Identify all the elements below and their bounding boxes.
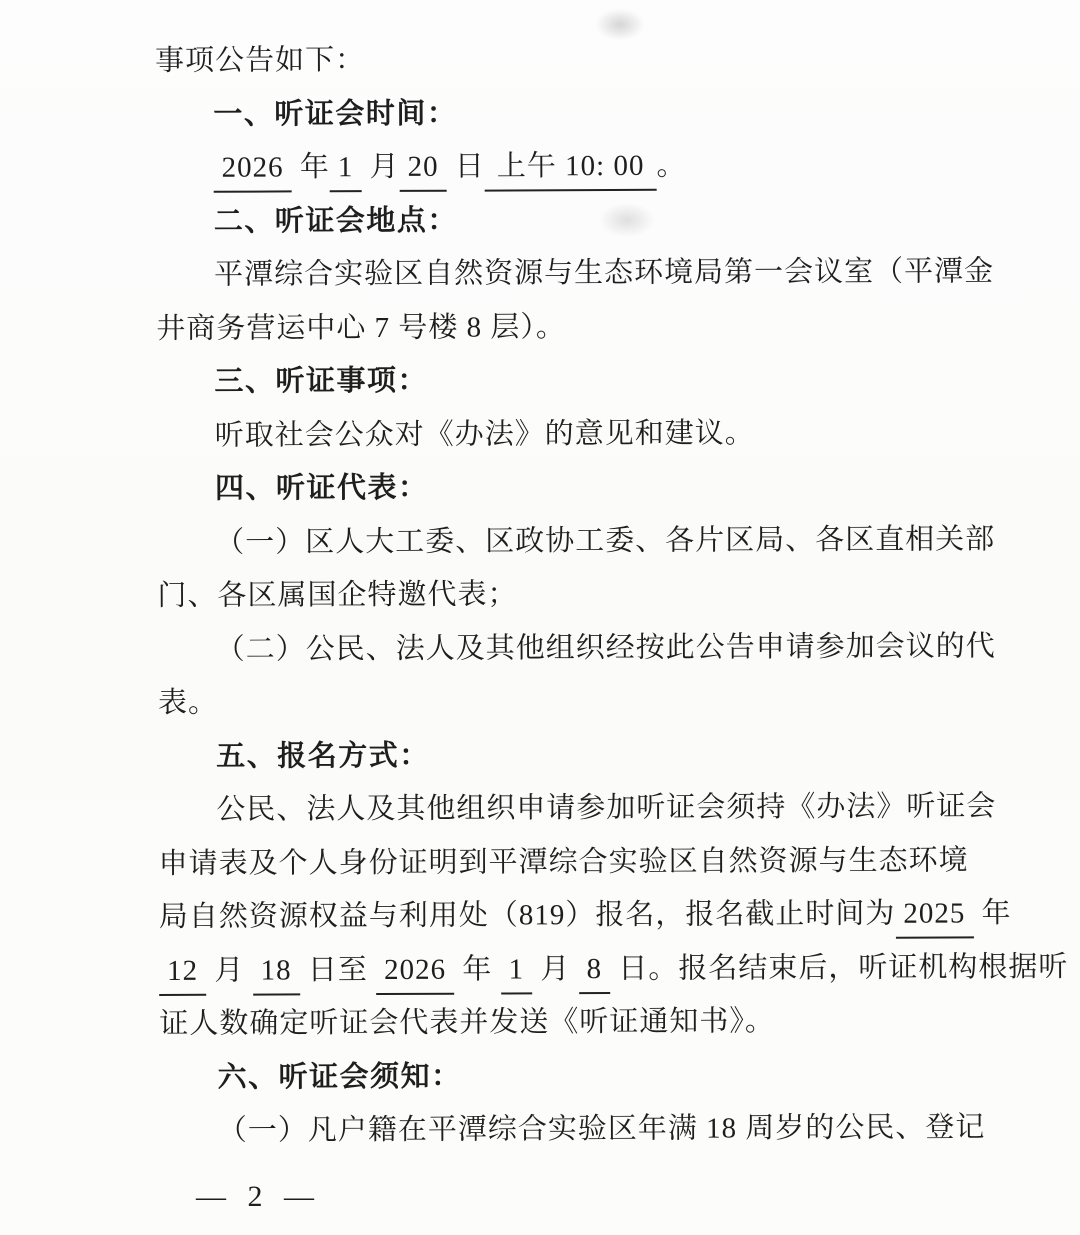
intro-line: 事项公告如下： [155, 31, 975, 88]
underlined-fill-in-value: 18 [252, 947, 299, 995]
text-run: 井商务营运中心 7 号楼 8 层）。 [156, 311, 566, 345]
section-4-heading: 四、听证代表： [157, 459, 977, 516]
representatives-line-3: （二）公民、法人及其他组织经按此公告申请参加会议的代 [158, 620, 978, 677]
registration-line-5: 证人数确定听证会代表并发送《听证通知书》。 [159, 994, 979, 1051]
underlined-fill-in-value: 20 [400, 144, 447, 192]
text-run: 平潭综合实验区自然资源与生态环境局第一会议室（平潭金 [214, 255, 994, 290]
hearing-matter-line: 听取社会公众对《办法》的意见和建议。 [157, 406, 977, 463]
text-run: 申请表及个人身份证明到平潭综合实验区自然资源与生态环境 [159, 844, 969, 880]
text-run: （一）凡户籍在平潭综合实验区年满 18 周岁的公民、登记 [218, 1111, 986, 1146]
text-run: 年 [454, 953, 501, 985]
registration-line-1: 公民、法人及其他组织申请参加听证会须持《办法》听证会 [158, 780, 978, 837]
underlined-fill-in-value: 1 [501, 946, 533, 994]
venue-line-2: 井商务营运中心 7 号楼 8 层）。 [156, 299, 976, 356]
document-page: 事项公告如下： 一、听证会时间： 2026 年1 月20 日上午 10: 00。… [0, 0, 1080, 1235]
section-3-heading: 三、听证事项： [156, 352, 976, 409]
text-run: 局自然资源权益与利用处（819）报名，报名截止时间为 [159, 898, 896, 933]
representatives-line-4: 表。 [158, 673, 978, 730]
representatives-line-2: 门、各区属国企特邀代表； [157, 566, 977, 623]
notice-line-1: （一）凡户籍在平潭综合实验区年满 18 周岁的公民、登记 [160, 1101, 980, 1158]
underlined-fill-in-value: 1 [330, 144, 362, 192]
registration-line-2: 申请表及个人身份证明到平潭综合实验区自然资源与生态环境 [159, 834, 979, 891]
text-run: 证人数确定听证会代表并发送《听证通知书》。 [159, 1005, 775, 1040]
text-run: （一）区人大工委、区政协工委、各片区局、各区直相关部 [215, 523, 995, 558]
text-run: 公民、法人及其他组织申请参加听证会须持《办法》听证会 [216, 790, 996, 825]
text-run: 日至 [300, 954, 377, 986]
venue-line-1: 平潭综合实验区自然资源与生态环境局第一会议室（平潭金 [156, 245, 976, 302]
text-run: （二）公民、法人及其他组织经按此公告申请参加会议的代 [216, 630, 996, 665]
underlined-fill-in-value: 2025 [895, 890, 973, 938]
representatives-line-1: （一）区人大工委、区政协工委、各片区局、各区直相关部 [157, 513, 977, 570]
document-body: 事项公告如下： 一、听证会时间： 2026 年1 月20 日上午 10: 00。… [155, 31, 980, 1158]
section-1-heading: 一、听证会时间： [155, 85, 975, 142]
text-run: 听取社会公众对《办法》的意见和建议。 [215, 417, 755, 451]
registration-line-3: 局自然资源权益与利用处（819）报名，报名截止时间为2025 年 [159, 887, 979, 944]
text-run: 年 [973, 897, 1011, 929]
registration-line-4: 12 月 18 日至 2026 年 1 月 8 日。报名结束后，听证机构根据听 [159, 941, 979, 998]
underlined-fill-in-value: 2026 [213, 144, 291, 192]
text-run: 月 [532, 953, 579, 985]
text-run: 月 [361, 151, 399, 183]
text-run: 月 [206, 954, 253, 986]
section-2-heading: 二、听证会地点： [156, 192, 976, 249]
page-number: — 2 — [196, 1170, 316, 1223]
text-run: 年 [292, 151, 330, 183]
hearing-time-line: 2026 年1 月20 日上午 10: 00。 [155, 138, 975, 195]
text-run: 。 [656, 150, 686, 182]
underlined-fill-in-value: 8 [579, 946, 611, 994]
section-6-heading: 六、听证会须知： [159, 1048, 979, 1105]
text-run: 表。 [158, 687, 218, 719]
text-run: 日 [447, 151, 485, 183]
underlined-fill-in-value: 2026 [376, 946, 454, 994]
section-5-heading: 五、报名方式： [158, 727, 978, 784]
underlined-fill-in-value: 12 [159, 947, 206, 995]
text-run: 门、各区属国企特邀代表； [157, 578, 517, 612]
underlined-fill-in-value: 上午 10: 00 [485, 143, 657, 192]
text-run: 日。报名结束后，听证机构根据听 [610, 951, 1068, 985]
